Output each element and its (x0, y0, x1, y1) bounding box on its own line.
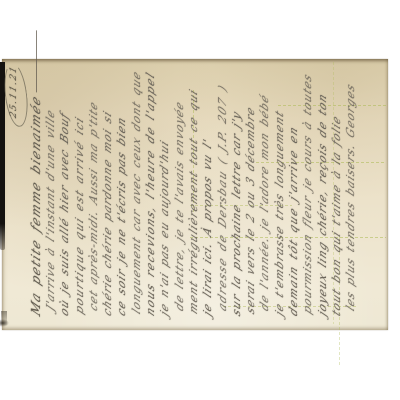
handwritten-line: de l'année. je l'adore mon bébé (258, 66, 272, 314)
handwritten-line: je t'embrasse très longuement (273, 66, 287, 319)
salutation-flourish (35, 29, 37, 92)
salutation-line: Ma petite femme bienaimée (28, 65, 44, 319)
handwritten-line: où je suis allé hier avec Bouf (58, 66, 72, 319)
handwritten-line: tout bon qui t'aime à la folie (330, 66, 344, 319)
handwritten-line: joyeux ling chérie, reçois de ton (316, 66, 330, 319)
handwritten-line: les plus tendres baisers. Georges (344, 66, 358, 314)
handwritten-line: demain tôt que j'arrive en (287, 66, 301, 319)
handwriting-block: 25.11.21 Ma petite femme bienaimée J'arr… (2, 59, 388, 329)
handwritten-line: je lirai ici. À propos vu l' (201, 66, 215, 319)
handwritten-line: chérie chérie pardonne moi si (101, 66, 115, 319)
salutation-text: Ma petite femme bienaimée (28, 92, 43, 319)
handwritten-line: je n'ai pas eu aujourd'hui (158, 66, 172, 319)
handwritten-line: pourtique qui est arrivé ici (73, 66, 87, 317)
handwritten-line: ment irrégulièrement tout ce qui (187, 66, 201, 317)
handwritten-line: J'arrive à l'instant d'une ville (44, 66, 58, 314)
handwritten-line: cet après-midi. Aussi ma p'tite (87, 66, 101, 314)
handwritten-line: nous recevions, l'heure de l'appel (144, 66, 158, 319)
date-annotation: 25.11.21 (5, 63, 27, 127)
handwritten-line: adresse de Dersbau ( J.P. 207 ) (216, 66, 230, 314)
postcard-paper: 25.11.21 Ma petite femme bienaimée J'arr… (2, 59, 388, 330)
handwritten-line: de lettre, je te l'avais envoyée (173, 66, 187, 314)
letter-date: 25.11.21 (9, 64, 19, 119)
handwritten-line: sur la prochaine lettre car j'y (230, 66, 244, 319)
handwritten-line: ce soir je ne t'écris pas bien (115, 66, 129, 319)
scan-background: 25.11.21 Ma petite femme bienaimée J'arr… (0, 0, 400, 400)
handwritten-line: pourmission fleur je cours à toutes (301, 66, 315, 317)
handwritten-line: longuement car avec ceux dont que (130, 66, 144, 317)
handwritten-line: serai vers le 2 ou 3 décembre (244, 66, 258, 317)
